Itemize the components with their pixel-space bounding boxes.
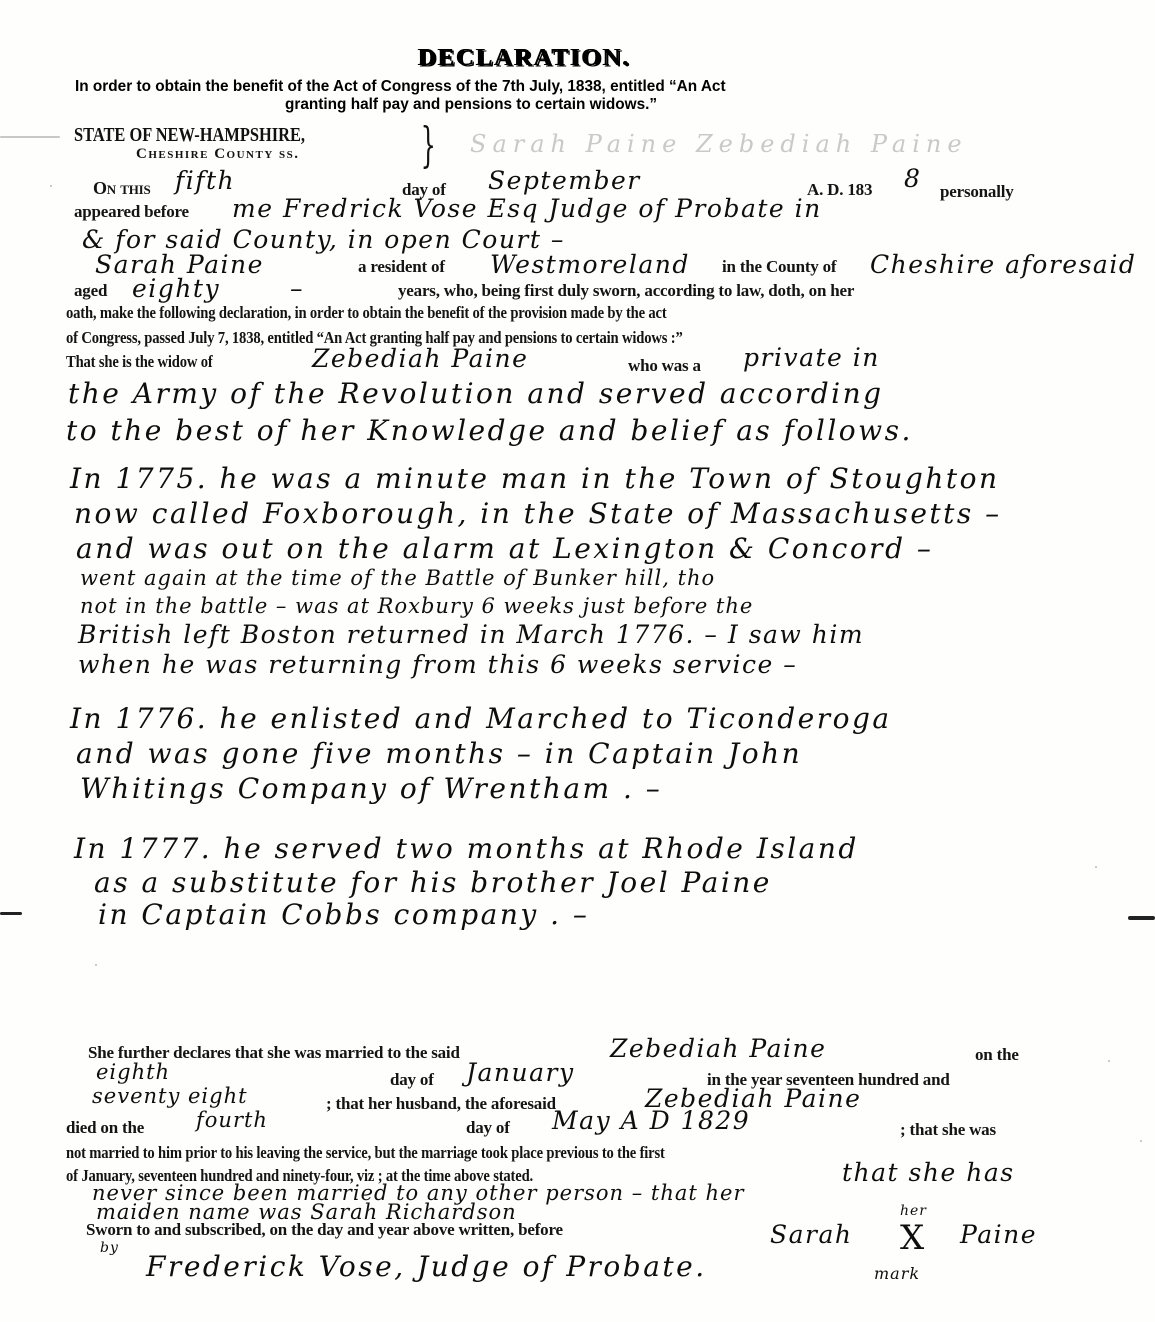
margin-mark	[0, 136, 60, 138]
not-married-text: not married to him prior to his leaving …	[66, 1143, 665, 1163]
declarant-county: Cheshire aforesaid	[870, 250, 1136, 279]
declaration-document: DECLARATION. In order to obtain the bene…	[0, 0, 1155, 1322]
addendum-line: that she has	[842, 1158, 1015, 1187]
oath-text: oath, make the following declaration, in…	[66, 303, 667, 323]
brace: }	[421, 121, 436, 169]
appeared-before-label: appeared before	[74, 202, 189, 222]
document-subtitle: In order to obtain the benefit of the Ac…	[75, 78, 726, 96]
marriage-day: eighth	[96, 1060, 170, 1084]
husband-aforesaid-label: ; that her husband, the aforesaid	[326, 1094, 556, 1114]
death-date: May A D 1829	[552, 1106, 750, 1135]
on-the-label: on the	[975, 1045, 1019, 1065]
day-value: fifth	[175, 166, 235, 195]
spouse-name: Zebediah Paine	[610, 1034, 826, 1063]
judge-signature: Frederick Vose, Judge of Probate.	[146, 1250, 707, 1283]
narrative-1776-line: and was gone five months – in Captain Jo…	[76, 737, 802, 770]
narrative-1777-line: in Captain Cobbs company . –	[98, 898, 589, 931]
month-value: September	[488, 166, 641, 195]
county-of-label: in the County of	[722, 257, 836, 277]
narrative-1777-line: as a substitute for his brother Joel Pai…	[94, 866, 772, 899]
marriage-month: January	[466, 1058, 575, 1087]
narrative-1776-line: Whitings Company of Wrentham . –	[80, 772, 662, 805]
death-day: fourth	[196, 1108, 268, 1132]
narrative-1775-line: went again at the time of the Battle of …	[80, 566, 715, 590]
declarant-signature-first: Sarah	[770, 1220, 853, 1249]
faint-bleedthrough-text: Sarah Paine Zebediah Paine	[470, 130, 968, 158]
mark-x: X	[900, 1218, 926, 1258]
on-this-label: On this	[93, 178, 151, 199]
age-dash: –	[290, 274, 304, 303]
narrative-1776-line: In 1776. he enlisted and Marched to Tico…	[70, 702, 892, 735]
narrative-1777-line: In 1777. he served two months at Rhode I…	[74, 832, 859, 865]
marriage-year: seventy eight	[92, 1084, 248, 1108]
aged-label: aged	[74, 281, 107, 301]
narrative-1775-line: now called Foxborough, in the State of M…	[74, 497, 1002, 530]
narrative-1775-line: and was out on the alarm at Lexington & …	[76, 532, 933, 565]
personally-label: personally	[940, 182, 1014, 202]
years-text: years, who, being first duly sworn, acco…	[398, 281, 854, 301]
resident-label: a resident of	[358, 257, 445, 277]
document-subtitle-continued: granting half pay and pensions to certai…	[285, 96, 657, 114]
county-label: Cheshire County ss.	[136, 146, 300, 163]
sworn-label: Sworn to and subscribed, on the day and …	[86, 1220, 563, 1240]
declarant-age: eighty	[132, 274, 220, 303]
died-on-label: died on the	[66, 1118, 144, 1138]
that-she-was-label: ; that she was	[900, 1120, 996, 1140]
narrative-1775-line: when he was returning from this 6 weeks …	[78, 650, 797, 679]
widow-of-label: That she is the widow of	[66, 352, 213, 372]
mark-her: her	[900, 1203, 927, 1219]
marriage-day-of-label: day of	[390, 1070, 434, 1090]
narrative-1775-line: In 1775. he was a minute man in the Town…	[70, 462, 1000, 495]
narrative-1775-line: British left Boston returned in March 17…	[78, 620, 864, 649]
narrative-1775-line: not in the battle – was at Roxbury 6 wee…	[80, 594, 753, 618]
mark-label: mark	[874, 1264, 920, 1283]
appeared-before-value: me Fredrick Vose Esq Judge of Probate in	[232, 194, 822, 223]
year-digit: 8	[904, 164, 921, 193]
margin-mark	[1128, 916, 1155, 920]
rank-value: private in	[743, 343, 880, 372]
narrative-line: the Army of the Revolution and served ac…	[68, 377, 884, 410]
document-title: DECLARATION.	[418, 45, 630, 72]
death-day-of-label: day of	[466, 1118, 510, 1138]
judge-by: by	[100, 1240, 119, 1256]
declarant-signature-last: Paine	[960, 1220, 1037, 1249]
husband-name: Zebediah Paine	[312, 344, 528, 373]
margin-mark	[0, 912, 22, 915]
who-was-label: who was a	[628, 356, 701, 376]
declarant-town: Westmoreland	[490, 250, 690, 279]
narrative-line: to the best of her Knowledge and belief …	[66, 414, 913, 447]
state-label: STATE OF NEW-HAMPSHIRE,	[74, 124, 305, 147]
